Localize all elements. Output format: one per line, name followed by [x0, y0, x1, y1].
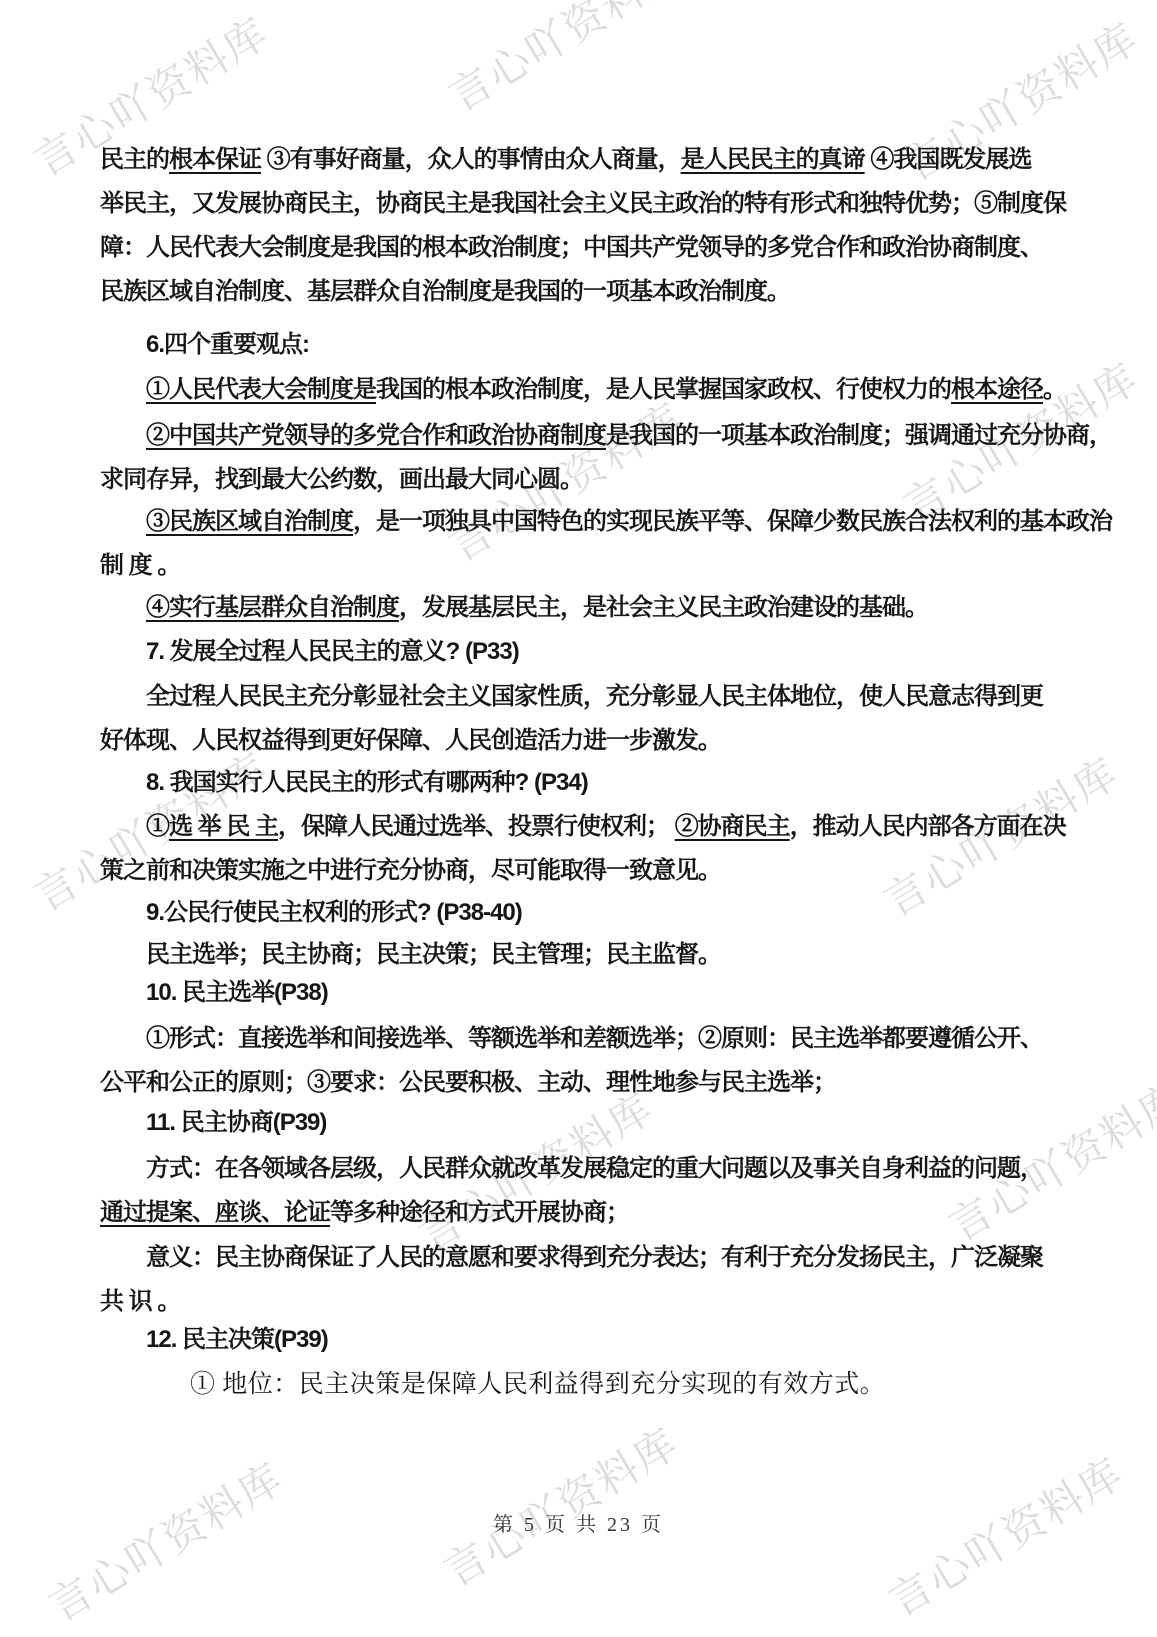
paragraph-line: 策之前和决策实施之中进行充分协商，尽可能取得一致意见。 [100, 856, 721, 886]
paragraph-line: 障：人民代表大会制度是我国的根本政治制度；中国共产党领导的多党合作和政治协商制度… [100, 233, 1043, 263]
paragraph-line: 求同存异，找到最大公约数，画出最大同心圆。 [100, 465, 583, 495]
heading-11: 11. 民主协商(P39) [146, 1108, 326, 1138]
document-page: 言心吖资料库 言心吖资料库 言心吖资料库 言心吖资料库 言心吖资料库 言心吖资料… [0, 0, 1157, 1637]
heading-12: 12. 民主决策(P39) [146, 1325, 328, 1355]
paragraph-line: 通过提案、座谈、论证等多种途径和方式开展协商； [100, 1198, 629, 1228]
watermark: 言心吖资料库 [431, 1411, 688, 1598]
paragraph-line: 民族区域自治制度、基层群众自治制度是我国的一项基本政治制度。 [100, 277, 790, 307]
page-number: 第 5 页 共 23 页 [0, 1508, 1157, 1537]
paragraph-line: 全过程人民民主充分彰显社会主义国家性质，充分彰显人民主体地位，使人民意志得到更 [146, 682, 1043, 712]
heading-9: 9.公民行使民主权利的形式? (P38-40) [146, 898, 522, 928]
heading-7: 7. 发展全过程人民民主的意义? (P33) [146, 637, 519, 667]
paragraph-line: 民主的根本保证 ③有事好商量，众人的事情由众人商量，是人民民主的真谛 ④我国既发… [100, 145, 1031, 175]
heading-10: 10. 民主选举(P38) [146, 978, 328, 1008]
paragraph-line: ③民族区域自治制度，是一项独具中国特色的实现民族平等、保障少数民族合法权利的基本… [146, 507, 1112, 537]
heading-6: 6.四个重要观点: [146, 330, 309, 360]
heading-8: 8. 我国实行人民民主的形式有哪两种? (P34) [146, 768, 588, 798]
paragraph-line: 意义：民主协商保证了人民的意愿和要求得到充分表达；有利于充分发扬民主，广泛凝聚 [146, 1243, 1043, 1273]
paragraph-line: 举民主，又发展协商民主，协商民主是我国社会主义民主政治的特有形式和独特优势；⑤制… [100, 189, 1066, 219]
paragraph-line: 共 识 。 [100, 1287, 180, 1317]
paragraph-line: 方式：在各领域各层级，人民群众就改革发展稳定的重大问题以及事关自身利益的问题， [146, 1154, 1043, 1184]
paragraph-line: ②中国共产党领导的多党合作和政治协商制度是我国的一项基本政治制度；强调通过充分协… [146, 421, 1112, 451]
paragraph-line: ①选 举 民 主，保障人民通过选举、投票行使权利； ②协商民主，推动人民内部各方… [146, 812, 1066, 842]
paragraph-line: 好体现、人民权益得到更好保障、人民创造活力进一步激发。 [100, 726, 721, 756]
paragraph-line: ①形式：直接选举和间接选举、等额选举和差额选举；②原则：民主选举都要遵循公开、 [146, 1024, 1043, 1054]
paragraph-line: 制 度 。 [100, 551, 180, 581]
watermark: 言心吖资料库 [436, 0, 693, 124]
watermark: 言心吖资料库 [36, 1446, 293, 1633]
paragraph-line: ①人民代表大会制度是我国的根本政治制度，是人民掌握国家政权、行使权力的根本途径。 [146, 375, 1066, 405]
paragraph-line: ① 地位：民主决策是保障人民利益得到充分实现的有效方式。 [190, 1370, 885, 1400]
paragraph-line: ④实行基层群众自治制度，发展基层民主，是社会主义民主政治建设的基础。 [146, 593, 928, 623]
paragraph-line: 公平和公正的原则；③要求：公民要积极、主动、理性地参与民主选举； [100, 1068, 836, 1098]
paragraph-line: 民主选举；民主协商；民主决策；民主管理；民主监督。 [146, 940, 721, 970]
